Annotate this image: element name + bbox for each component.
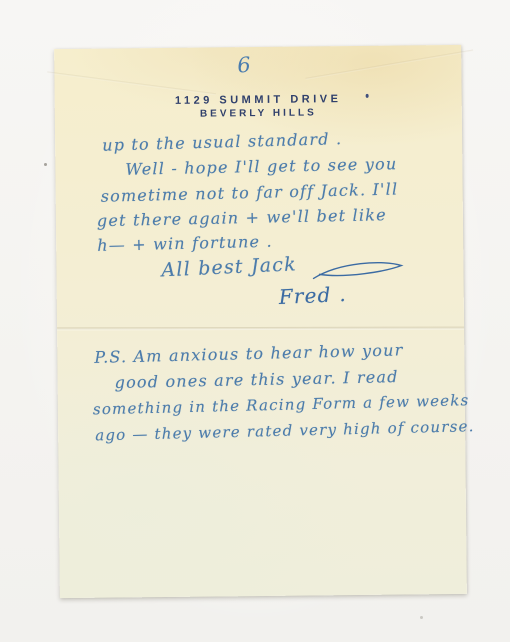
dust-speck <box>44 163 47 166</box>
page-number: 6 <box>236 53 251 78</box>
fold-crease-top-left <box>47 71 216 95</box>
letterhead-city: BEVERLY HILLS <box>55 106 462 121</box>
ps-line-2: good ones are this year. I read <box>114 367 398 392</box>
letter-page: 6 1129 SUMMIT DRIVE BEVERLY HILLS up to … <box>54 45 467 598</box>
signature-flourish <box>311 257 406 284</box>
fold-crease-top-right <box>305 49 473 79</box>
ink-dot <box>366 94 369 98</box>
ps-line-4: ago — they were rated very high of cours… <box>95 417 475 444</box>
fold-crease-middle <box>57 327 464 331</box>
closing-salutation: All best Jack <box>161 253 297 281</box>
dust-speck <box>420 616 423 619</box>
letter-line-3: sometime not to far off Jack. I'll <box>100 179 398 205</box>
letter-line-2: Well - hope I'll get to see you <box>125 154 397 179</box>
letterhead: 1129 SUMMIT DRIVE BEVERLY HILLS <box>55 92 462 121</box>
letter-line-4: get there again + we'll bet like <box>97 205 387 230</box>
signature: Fred . <box>278 282 347 309</box>
ps-line-3: something in the Racing Form a few weeks <box>93 391 470 418</box>
letter-line-1: up to the usual standard . <box>102 129 343 155</box>
letter-line-5: h— + win fortune . <box>97 232 273 255</box>
ps-line-1: P.S. Am anxious to hear how your <box>94 340 404 367</box>
